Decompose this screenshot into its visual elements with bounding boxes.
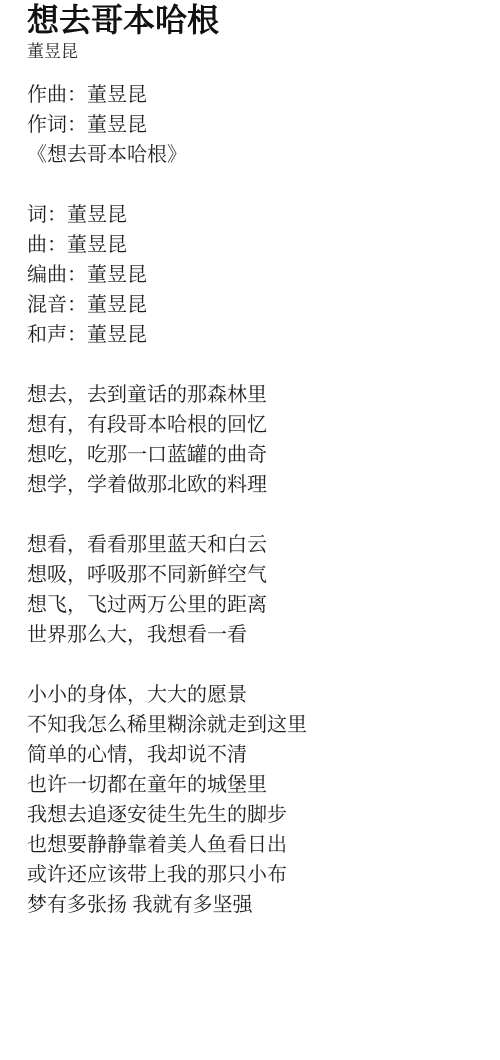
lyric-line: 《想去哥本哈根》 — [27, 140, 480, 170]
lyric-line: 混音：董昱昆 — [27, 290, 480, 320]
lyric-line: 想学，学着做那北欧的料理 — [27, 470, 480, 500]
lyric-line — [27, 500, 480, 530]
lyric-line: 作词：董昱昆 — [27, 110, 480, 140]
lyric-line — [27, 350, 480, 380]
lyric-line: 曲：董昱昆 — [27, 230, 480, 260]
lyric-line: 世界那么大，我想看一看 — [27, 620, 480, 650]
lyric-line: 想看，看看那里蓝天和白云 — [27, 530, 480, 560]
lyric-line: 也许一切都在童年的城堡里 — [27, 770, 480, 800]
lyric-line: 词：董昱昆 — [27, 200, 480, 230]
lyric-line: 作曲：董昱昆 — [27, 80, 480, 110]
lyric-line: 和声：董昱昆 — [27, 320, 480, 350]
lyric-line: 想去，去到童话的那森林里 — [27, 380, 480, 410]
lyrics-body: 作曲：董昱昆作词：董昱昆《想去哥本哈根》 词：董昱昆曲：董昱昆编曲：董昱昆混音：… — [27, 80, 480, 920]
lyric-line — [27, 170, 480, 200]
lyric-line: 简单的心情，我却说不清 — [27, 740, 480, 770]
lyric-line: 想飞，飞过两万公里的距离 — [27, 590, 480, 620]
lyric-line: 想有，有段哥本哈根的回忆 — [27, 410, 480, 440]
lyric-line: 也想要静静靠着美人鱼看日出 — [27, 830, 480, 860]
lyric-line: 小小的身体，大大的愿景 — [27, 680, 480, 710]
lyric-line: 或许还应该带上我的那只小布 — [27, 860, 480, 890]
lyric-line: 想吸，呼吸那不同新鲜空气 — [27, 560, 480, 590]
lyric-line: 梦有多张扬 我就有多坚强 — [27, 890, 480, 920]
lyric-line — [27, 650, 480, 680]
artist-name: 董昱昆 — [27, 40, 480, 63]
lyric-line: 编曲：董昱昆 — [27, 260, 480, 290]
lyrics-page: 想去哥本哈根 董昱昆 作曲：董昱昆作词：董昱昆《想去哥本哈根》 词：董昱昆曲：董… — [0, 0, 500, 1060]
lyric-line: 不知我怎么稀里糊涂就走到这里 — [27, 710, 480, 740]
lyric-line: 我想去追逐安徒生先生的脚步 — [27, 800, 480, 830]
page-title: 想去哥本哈根 — [27, 0, 480, 40]
lyric-line: 想吃，吃那一口蓝罐的曲奇 — [27, 440, 480, 470]
